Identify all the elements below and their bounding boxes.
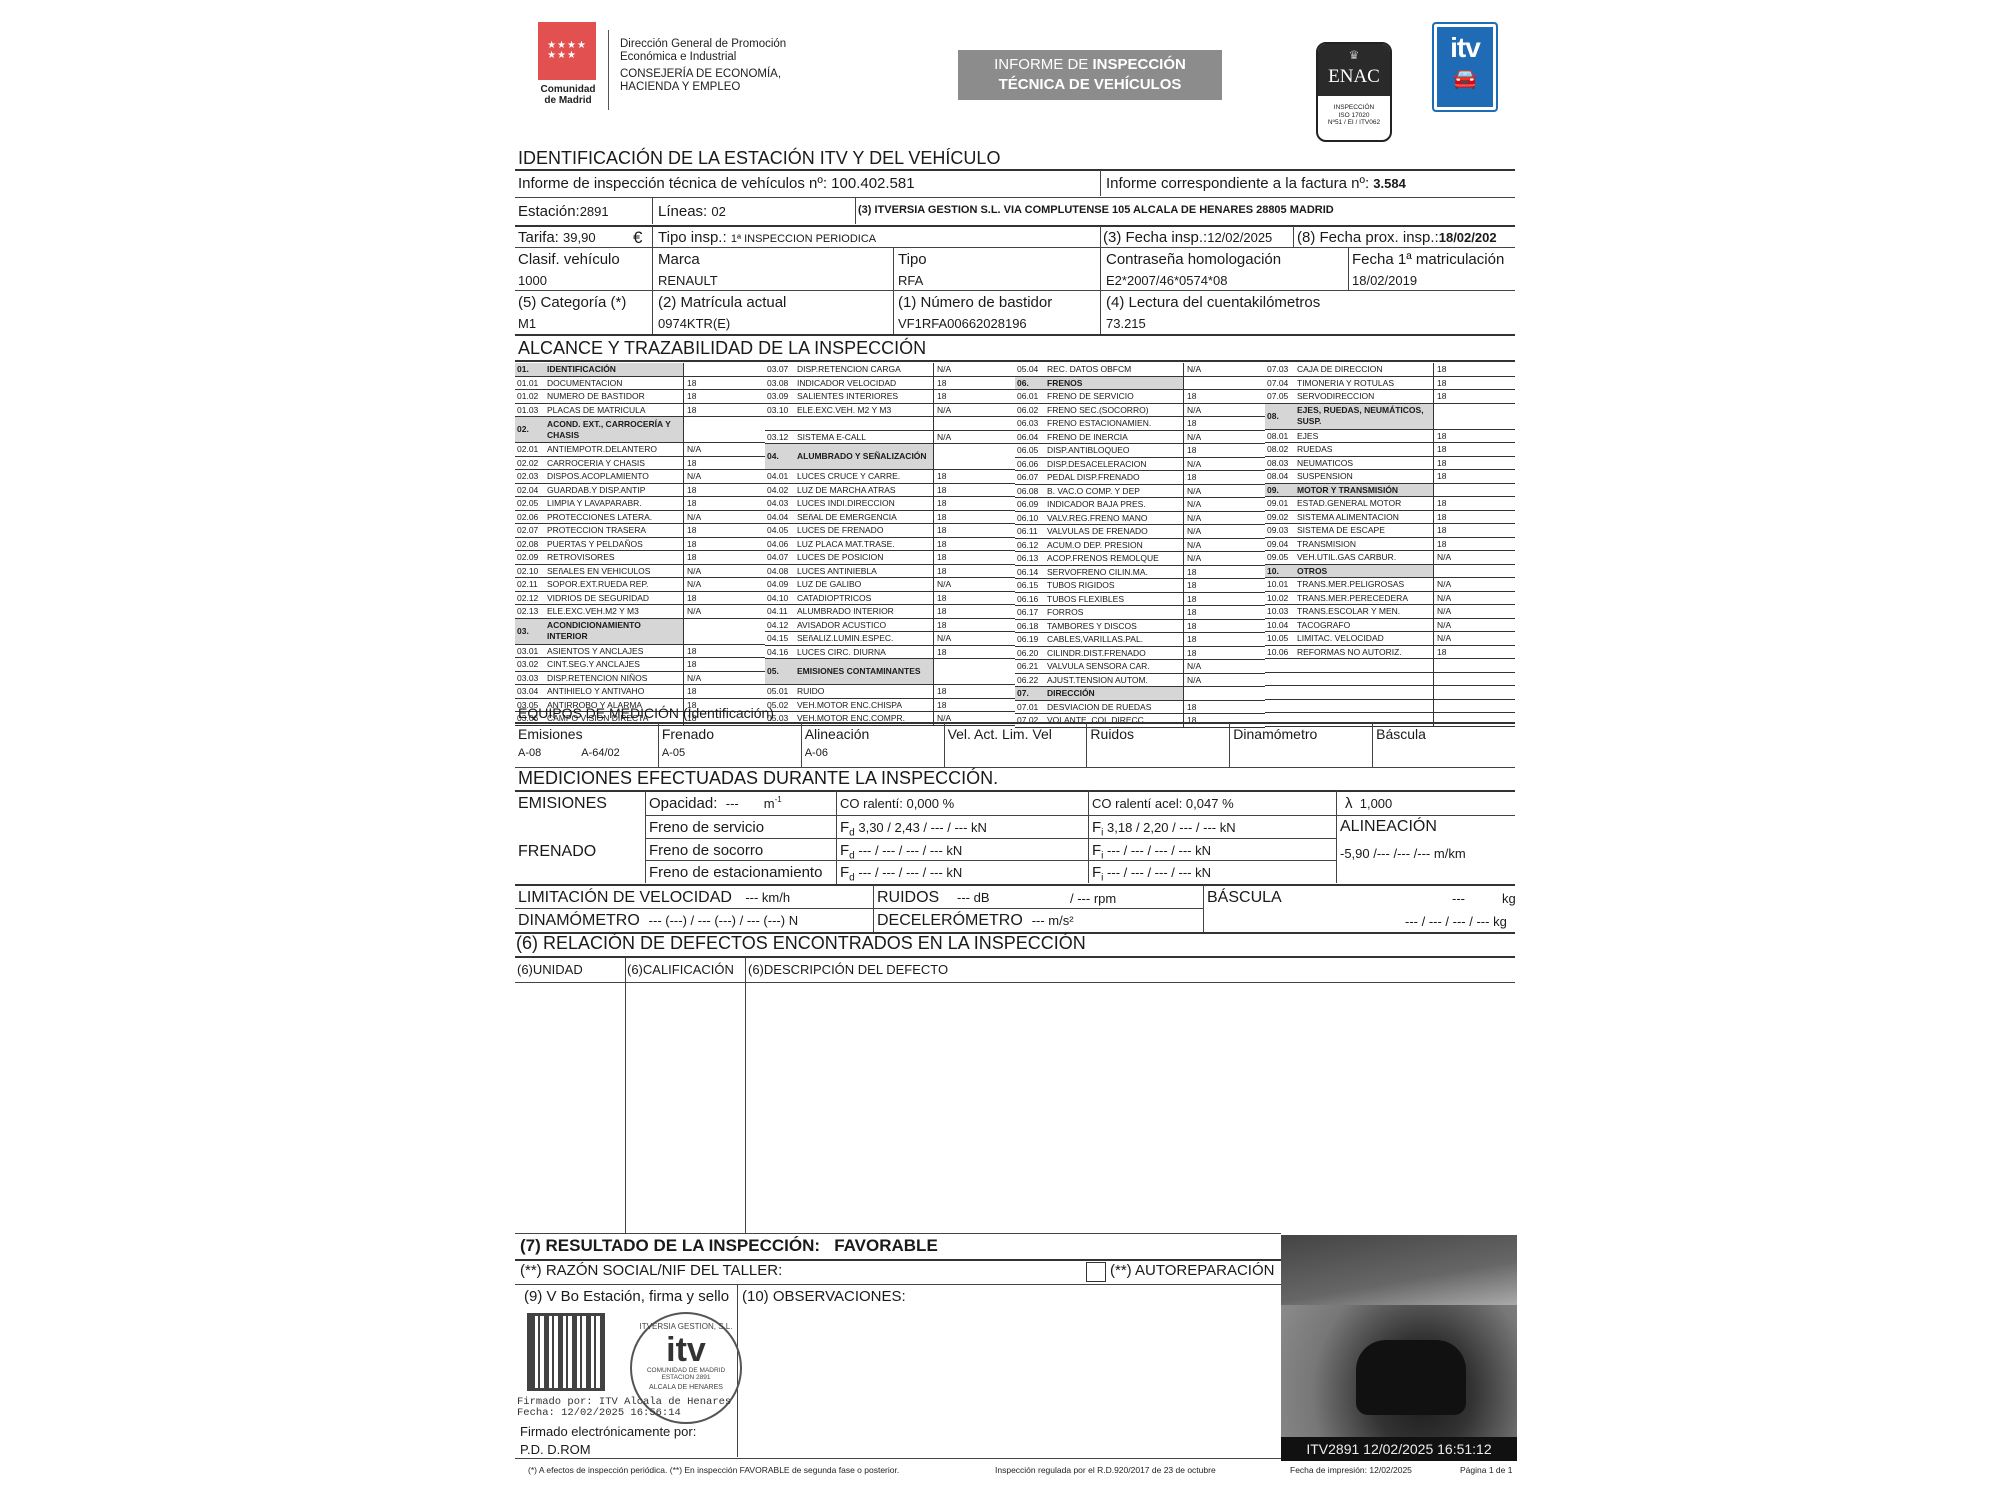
grid-code: 04.09 bbox=[765, 578, 797, 591]
grid-code: 09.02 bbox=[1265, 511, 1297, 524]
grid-value bbox=[1433, 686, 1507, 699]
grid-code: 10. bbox=[1265, 565, 1297, 578]
divider bbox=[1203, 885, 1204, 932]
grid-value: 18 bbox=[933, 538, 1007, 551]
grid-row: 05.04REC. DATOS OBFCMN/A bbox=[1015, 363, 1265, 377]
clasif-value: 1000 bbox=[518, 273, 547, 288]
divider bbox=[625, 957, 626, 1233]
section-identificacion-title: IDENTIFICACIÓN DE LA ESTACIÓN ITV Y DEL … bbox=[518, 148, 1000, 169]
grid-label: SEñAL DE EMERGENCIA bbox=[797, 511, 933, 524]
grid-label: TAMBORES Y DISCOS bbox=[1047, 620, 1183, 633]
grid-value: N/A bbox=[683, 470, 757, 483]
vbo-label: (9) V Bo Estación, firma y sello bbox=[524, 1288, 729, 1305]
grid-value: N/A bbox=[1183, 539, 1257, 552]
grid-code: 02.02 bbox=[515, 457, 547, 470]
factura-number: Informe correspondiente a la factura nº:… bbox=[1106, 175, 1406, 192]
label: Tarifa: bbox=[518, 229, 559, 246]
footer-note: (*) A efectos de inspección periódica. (… bbox=[528, 1465, 899, 1475]
grid-label: LIMPIA Y LAVAPARABR. bbox=[547, 497, 683, 510]
grid-code: 07.05 bbox=[1265, 390, 1297, 403]
lambda: λ 1,000 bbox=[1345, 795, 1392, 812]
grid-row bbox=[1265, 700, 1515, 714]
equipo-label: Ruidos bbox=[1090, 726, 1229, 742]
label: Opacidad: bbox=[649, 795, 717, 812]
grid-row: 06.18TAMBORES Y DISCOS18 bbox=[1015, 620, 1265, 634]
grid-row: 08.01EJES18 bbox=[1265, 430, 1515, 444]
grid-value: 18 bbox=[1433, 470, 1507, 483]
value: --- km/h bbox=[745, 890, 790, 905]
section-equipos-title: EQUIPOS DE MEDICIÓN (Identificación) bbox=[518, 705, 774, 721]
estacion: Estación:2891 bbox=[518, 203, 609, 220]
grid-value: 18 bbox=[1433, 511, 1507, 524]
qr-code-icon bbox=[527, 1313, 605, 1391]
org-line: CONSEJERÍA DE ECONOMÍA, bbox=[620, 68, 786, 81]
grid-row: 09.02SISTEMA ALIMENTACION18 bbox=[1265, 511, 1515, 525]
alineacion-label: ALINEACIÓN bbox=[1340, 818, 1437, 836]
grid-row: 06.20CILINDR.DIST.FRENADO18 bbox=[1015, 647, 1265, 661]
grid-row: 09.05VEH.UTIL.GAS CARBUR.N/A bbox=[1265, 551, 1515, 565]
grid-value: 18 bbox=[1433, 430, 1507, 443]
firmado-electronicamente-value: P.D. D.ROM bbox=[520, 1442, 591, 1457]
grid-label: NEUMATICOS bbox=[1297, 457, 1433, 470]
divider bbox=[1336, 791, 1337, 883]
grid-row: 06.17FORROS18 bbox=[1015, 606, 1265, 620]
grid-value: 18 bbox=[933, 390, 1007, 403]
grid-code bbox=[1265, 659, 1297, 672]
grid-label: AJUST.TENSION AUTOM. bbox=[1047, 674, 1183, 687]
euro-icon: € bbox=[633, 228, 642, 248]
grid-label: DIRECCIÓN bbox=[1047, 687, 1183, 700]
grid-label: LUZ DE GALIBO bbox=[797, 578, 933, 591]
divider bbox=[515, 197, 1515, 198]
grid-code: 06.03 bbox=[1015, 417, 1047, 430]
grid-row: 10.05LIMITAC. VELOCIDADN/A bbox=[1265, 632, 1515, 646]
grid-section-header: 04.ALUMBRADO Y SEÑALIZACIÓN bbox=[765, 444, 1015, 470]
grid-code: 07.04 bbox=[1265, 377, 1297, 390]
grid-row: 02.04GUARDAB.Y DISP.ANTIP18 bbox=[515, 484, 765, 498]
grid-value: N/A bbox=[1183, 363, 1257, 376]
grid-value: 18 bbox=[683, 377, 757, 390]
grid-row: 10.03TRANS.ESCOLAR Y MEN.N/A bbox=[1265, 605, 1515, 619]
resultado-value: FAVORABLE bbox=[834, 1236, 938, 1255]
value: 12/02/2025 bbox=[1207, 230, 1272, 245]
grid-label: SISTEMA E-CALL bbox=[797, 431, 933, 444]
fd-sub: d bbox=[849, 850, 855, 861]
grid-section-header: 07.DIRECCIÓN bbox=[1015, 687, 1265, 701]
seal-text: COMUNIDAD DE MADRID bbox=[632, 1367, 740, 1374]
divider bbox=[652, 198, 653, 224]
org-logo-name: Comunidad de Madrid bbox=[538, 84, 598, 106]
grid-label: TUBOS FLEXIBLES bbox=[1047, 593, 1183, 606]
value: --- m/s² bbox=[1032, 913, 1074, 928]
grid-label: SALIENTES INTERIORES bbox=[797, 390, 933, 403]
grid-value: N/A bbox=[1433, 578, 1507, 591]
grid-label: LUCES CRUCE Y CARRE. bbox=[797, 470, 933, 483]
grid-section-header: 08.EJES, RUEDAS, NEUMÁTICOS, SUSP. bbox=[1265, 404, 1515, 430]
car-image bbox=[1356, 1340, 1466, 1415]
divider bbox=[515, 334, 1515, 336]
equipo-value: A-06 bbox=[805, 747, 828, 759]
grid-label: DISP.RETENCION NIÑOS bbox=[547, 672, 683, 685]
grid-row: 04.08LUCES ANTINIEBLA18 bbox=[765, 565, 1015, 579]
grid-column: 07.03CAJA DE DIRECCION1807.04TIMONERIA Y… bbox=[1265, 363, 1515, 727]
grid-code: 03.04 bbox=[515, 685, 547, 698]
grid-code: 10.03 bbox=[1265, 605, 1297, 618]
grid-label: INDICADOR VELOCIDAD bbox=[797, 377, 933, 390]
firmado-electronicamente-label: Firmado electrónicamente por: bbox=[520, 1424, 696, 1439]
grid-value: N/A bbox=[933, 431, 1007, 444]
equipo-cell: Alineación A-06 bbox=[801, 723, 944, 767]
grid-code: 04.12 bbox=[765, 619, 797, 632]
grid-value: 18 bbox=[683, 404, 757, 417]
itv-logo: itv 🚘 bbox=[1432, 22, 1498, 112]
label: LIMITACIÓN DE VELOCIDAD bbox=[518, 889, 732, 906]
grid-value: 18 bbox=[933, 484, 1007, 497]
grid-code: 02.13 bbox=[515, 605, 547, 618]
grid-column: 05.04REC. DATOS OBFCMN/A06.FRENOS06.01FR… bbox=[1015, 363, 1265, 728]
grid-value: 18 bbox=[933, 551, 1007, 564]
divider bbox=[515, 1233, 1281, 1234]
grid-value: 18 bbox=[683, 645, 757, 658]
grid-code: 06.09 bbox=[1015, 498, 1047, 511]
grid-code: 06.17 bbox=[1015, 606, 1047, 619]
grid-value: 18 bbox=[933, 592, 1007, 605]
grid-code: 07.03 bbox=[1265, 363, 1297, 376]
divider bbox=[745, 957, 746, 1233]
grid-row: 04.11ALUMBRADO INTERIOR18 bbox=[765, 605, 1015, 619]
grid-value: N/A bbox=[1433, 551, 1507, 564]
grid-row: 06.09INDICADOR BAJA PRES.N/A bbox=[1015, 498, 1265, 512]
fi-icon: F bbox=[1092, 842, 1101, 859]
grid-label: GUARDAB.Y DISP.ANTIP bbox=[547, 484, 683, 497]
value: 3.584 bbox=[1373, 176, 1406, 191]
grid-code: 02.11 bbox=[515, 578, 547, 591]
grid-code: 04.16 bbox=[765, 646, 797, 659]
grid-label: PUERTAS Y PELDAÑOS bbox=[547, 538, 683, 551]
ruidos-rpm: / --- rpm bbox=[1070, 891, 1116, 906]
value: --- dB bbox=[957, 890, 990, 905]
grid-label: CAJA DE DIRECCION bbox=[1297, 363, 1433, 376]
lineas: Líneas: 02 bbox=[658, 203, 726, 220]
grid-value bbox=[933, 444, 1007, 469]
grid-section-header: 06.FRENOS bbox=[1015, 377, 1265, 391]
bascula-label: BÁSCULA bbox=[1207, 889, 1282, 907]
grid-code: 06.10 bbox=[1015, 512, 1047, 525]
grid-label: DISPOS.ACOPLAMIENTO bbox=[547, 470, 683, 483]
grid-label: SEñALIZ.LUMIN.ESPEC. bbox=[797, 632, 933, 645]
grid-code: 06.11 bbox=[1015, 525, 1047, 538]
grid-code: 03.08 bbox=[765, 377, 797, 390]
grid-value: 18 bbox=[683, 457, 757, 470]
grid-value bbox=[933, 659, 1007, 684]
grid-value: 18 bbox=[1183, 647, 1257, 660]
cuentakilometros-label: (4) Lectura del cuentakilómetros bbox=[1106, 294, 1320, 311]
autoreparacion-label: (**) AUTOREPARACIÓN bbox=[1110, 1262, 1274, 1279]
divider bbox=[515, 790, 1515, 792]
grid-value: 18 bbox=[1433, 363, 1507, 376]
grid-code: 01.03 bbox=[515, 404, 547, 417]
grid-value: 18 bbox=[683, 658, 757, 671]
grid-code: 08.02 bbox=[1265, 443, 1297, 456]
divider bbox=[515, 360, 1515, 362]
fd-value: 3,30 / 2,43 / --- / --- kN bbox=[858, 820, 987, 835]
grid-row: 06.13ACOP.FRENOS REMOLQUEN/A bbox=[1015, 552, 1265, 566]
equipo-label: Vel. Act. Lim. Vel bbox=[948, 726, 1087, 742]
grid-code: 04. bbox=[765, 444, 797, 469]
grid-row: 04.10CATADIOPTRICOS18 bbox=[765, 592, 1015, 606]
grid-label: CABLES,VARILLAS.PAL. bbox=[1047, 633, 1183, 646]
grid-value bbox=[933, 417, 1007, 430]
tipo-vehiculo-label: Tipo bbox=[898, 251, 927, 268]
grid-code: 06.14 bbox=[1015, 566, 1047, 579]
grid-label: VIDRIOS DE SEGURIDAD bbox=[547, 592, 683, 605]
grid-code: 04.11 bbox=[765, 605, 797, 618]
grid-label: DOCUMENTACION bbox=[547, 377, 683, 390]
grid-code: 08. bbox=[1265, 404, 1297, 429]
grid-label: FRENOS bbox=[1047, 377, 1183, 390]
resultado: (7) RESULTADO DE LA INSPECCIÓN: FAVORABL… bbox=[520, 1236, 938, 1256]
grid-value: N/A bbox=[1183, 485, 1257, 498]
grid-row: 01.02NUMERO DE BASTIDOR18 bbox=[515, 390, 765, 404]
grid-row: 05.01RUIDO18 bbox=[765, 685, 1015, 699]
label: (3) Fecha insp.: bbox=[1103, 229, 1207, 246]
empresa: (3) ITVERSIA GESTION S.L. VIA COMPLUTENS… bbox=[858, 204, 1334, 216]
grid-row: 10.01TRANS.MER.PELIGROSASN/A bbox=[1265, 578, 1515, 592]
grid-label: ANTIEMPOTR.DELANTERO bbox=[547, 443, 683, 456]
grid-value: 18 bbox=[933, 470, 1007, 483]
grid-code: 04.15 bbox=[765, 632, 797, 645]
grid-code bbox=[765, 417, 797, 430]
grid-value: 18 bbox=[1433, 497, 1507, 510]
fi-icon: F bbox=[1092, 864, 1101, 881]
crown-icon: ♛ bbox=[1318, 48, 1390, 63]
grid-value: 18 bbox=[683, 390, 757, 403]
grid-code: 04.04 bbox=[765, 511, 797, 524]
emisiones-label: EMISIONES bbox=[518, 795, 607, 813]
grid-row: 03.08INDICADOR VELOCIDAD18 bbox=[765, 377, 1015, 391]
tarifa: Tarifa: 39,90 bbox=[518, 229, 596, 246]
grid-value: 18 bbox=[933, 524, 1007, 537]
divider bbox=[515, 956, 1515, 958]
grid-value: 18 bbox=[933, 511, 1007, 524]
divider bbox=[515, 884, 1515, 886]
alineacion-value: -5,90 /--- /--- /--- m/km bbox=[1340, 846, 1466, 861]
grid-value: 18 bbox=[1433, 443, 1507, 456]
value: 02 bbox=[711, 204, 725, 219]
grid-code: 04.10 bbox=[765, 592, 797, 605]
grid-code: 05.04 bbox=[1015, 363, 1047, 376]
divider bbox=[515, 908, 1203, 909]
title-part: INSPECCIÓN bbox=[1092, 56, 1185, 73]
fi-icon: F bbox=[1092, 819, 1101, 836]
decelerometro: DECELERÓMETRO --- m/s² bbox=[877, 912, 1074, 930]
grid-value bbox=[1433, 484, 1507, 497]
divider bbox=[652, 291, 653, 334]
fi-sub: i bbox=[1101, 873, 1103, 884]
grid-code: 03.02 bbox=[515, 658, 547, 671]
grid-code: 04.02 bbox=[765, 484, 797, 497]
enac-line: INSPECCIÓN bbox=[1318, 104, 1390, 112]
grid-label: MOTOR Y TRANSMISIÓN bbox=[1297, 484, 1433, 497]
grid-label: TUBOS RIGIDOS bbox=[1047, 579, 1183, 592]
grid-code: 03.03 bbox=[515, 672, 547, 685]
grid-row: 06.04FRENO DE INERCIAN/A bbox=[1015, 431, 1265, 445]
dinamometro: DINAMÓMETRO --- (---) / --- (---) / --- … bbox=[518, 912, 798, 930]
fecha-inspeccion: (3) Fecha insp.:12/02/2025 bbox=[1103, 229, 1272, 246]
enac-name: ENAC bbox=[1328, 66, 1380, 87]
grid-row: 06.10VALV.REG.FRENO MANON/A bbox=[1015, 512, 1265, 526]
grid-label: DESVIACION DE RUEDAS bbox=[1047, 701, 1183, 714]
informe-number: Informe de inspección técnica de vehícul… bbox=[518, 175, 915, 192]
grid-label: ELE.EXC.VEH. M2 Y M3 bbox=[797, 404, 933, 417]
org-line: Económica e Industrial bbox=[620, 51, 786, 64]
enac-line: Nº51 / EI / ITV062 bbox=[1318, 119, 1390, 127]
grid-label: ACONDICIONAMIENTO INTERIOR bbox=[547, 619, 683, 644]
grid-value: 18 bbox=[1433, 538, 1507, 551]
grid-label: REC. DATOS OBFCM bbox=[1047, 363, 1183, 376]
grid-row: 06.05DISP.ANTIBLOQUEO18 bbox=[1015, 444, 1265, 458]
grid-row: 03.04ANTIHIELO Y ANTIVAHO18 bbox=[515, 685, 765, 699]
grid-value: N/A bbox=[683, 672, 757, 685]
label: RUIDOS bbox=[877, 889, 939, 906]
value: 1ª INSPECCION PERIODICA bbox=[731, 233, 876, 245]
stars-icon: ★★★★★★★ bbox=[538, 22, 596, 80]
grid-label: CINT.SEG.Y ANCLAJES bbox=[547, 658, 683, 671]
grid-label: SISTEMA DE ESCAPE bbox=[1297, 524, 1433, 537]
grid-row: 02.10SEñALES EN VEHICULOSN/A bbox=[515, 565, 765, 579]
grid-code: 03.07 bbox=[765, 363, 797, 376]
grid-code: 06.20 bbox=[1015, 647, 1047, 660]
label: DINAMÓMETRO bbox=[518, 912, 640, 929]
grid-code: 02.10 bbox=[515, 565, 547, 578]
fi-value: --- / --- / --- / --- kN bbox=[1107, 865, 1211, 880]
divider bbox=[515, 290, 1515, 291]
grid-label: PROTECCION TRASERA bbox=[547, 524, 683, 537]
grid-label: AVISADOR ACUSTICO bbox=[797, 619, 933, 632]
org-line: Dirección General de Promoción bbox=[620, 38, 786, 51]
grid-label: RETROVISORES bbox=[547, 551, 683, 564]
autoreparacion-checkbox[interactable] bbox=[1086, 1262, 1106, 1282]
equipo-cell: Frenado A-05 bbox=[658, 723, 801, 767]
seal-text: ITVERSIA GESTION, S.L. bbox=[632, 1322, 740, 1331]
grid-value: 18 bbox=[683, 685, 757, 698]
footer-page: Página 1 de 1 bbox=[1460, 1465, 1512, 1475]
grid-row: 04.16LUCES CIRC. DIURNA18 bbox=[765, 646, 1015, 660]
divider bbox=[515, 1284, 1281, 1285]
grid-label: TRANS.MER.PELIGROSAS bbox=[1297, 578, 1433, 591]
grid-row: 02.12VIDRIOS DE SEGURIDAD18 bbox=[515, 592, 765, 606]
grid-label: LUCES DE POSICION bbox=[797, 551, 933, 564]
grid-row: 04.09LUZ DE GALIBON/A bbox=[765, 578, 1015, 592]
grid-code: 06.04 bbox=[1015, 431, 1047, 444]
grid-code: 02.12 bbox=[515, 592, 547, 605]
grid-label: TIMONERIA Y ROTULAS bbox=[1297, 377, 1433, 390]
grid-value: N/A bbox=[683, 605, 757, 618]
grid-code: 06.15 bbox=[1015, 579, 1047, 592]
equipo-cell: Ruidos bbox=[1086, 723, 1229, 767]
grid-row: 03.07DISP.RETENCION CARGAN/A bbox=[765, 363, 1015, 377]
grid-row bbox=[765, 417, 1015, 431]
equipos-table: Emisiones A-08A-64/02Frenado A-05Alineac… bbox=[515, 723, 1515, 767]
grid-row: 09.04TRANSMISION18 bbox=[1265, 538, 1515, 552]
grid-value: N/A bbox=[1183, 552, 1257, 565]
bastidor-label: (1) Número de bastidor bbox=[898, 294, 1052, 311]
grid-code: 06.06 bbox=[1015, 458, 1047, 471]
grid-code: 03.12 bbox=[765, 431, 797, 444]
grid-label: LUCES DE FRENADO bbox=[797, 524, 933, 537]
grid-row: 06.03FRENO ESTACIONAMIEN.18 bbox=[1015, 417, 1265, 431]
divider bbox=[1100, 226, 1101, 247]
grid-row: 03.02CINT.SEG.Y ANCLAJES18 bbox=[515, 658, 765, 672]
grid-code: 06.05 bbox=[1015, 444, 1047, 457]
grid-label: VEH.MOTOR ENC.CHISPA bbox=[797, 699, 933, 712]
grid-code: 07. bbox=[1015, 687, 1047, 700]
grid-value bbox=[683, 417, 757, 442]
grid-label: VALV.REG.FRENO MANO bbox=[1047, 512, 1183, 525]
grid-code: 06.22 bbox=[1015, 674, 1047, 687]
grid-value: N/A bbox=[1183, 498, 1257, 511]
limitacion-velocidad: LIMITACIÓN DE VELOCIDAD --- km/h bbox=[518, 889, 790, 907]
org-line: HACIENDA Y EMPLEO bbox=[620, 81, 786, 94]
grid-label: OTROS bbox=[1297, 565, 1433, 578]
fd-sub: d bbox=[849, 828, 855, 839]
divider bbox=[1100, 248, 1101, 334]
grid-code: 06.19 bbox=[1015, 633, 1047, 646]
fi-value: --- / --- / --- / --- kN bbox=[1107, 843, 1211, 858]
grid-code: 01.01 bbox=[515, 377, 547, 390]
grid-label: RUIDO bbox=[797, 685, 933, 698]
grid-value: 18 bbox=[1433, 646, 1507, 659]
grid-value: N/A bbox=[1183, 512, 1257, 525]
grid-value: N/A bbox=[1183, 431, 1257, 444]
org-text: Dirección General de Promoción Económica… bbox=[620, 38, 786, 94]
divider bbox=[855, 198, 856, 224]
tipo-inspeccion: Tipo insp.: 1ª INSPECCION PERIODICA bbox=[658, 229, 876, 246]
grid-code: 06.18 bbox=[1015, 620, 1047, 633]
equipo-label: Frenado bbox=[662, 726, 801, 742]
grid-section-header: 02.ACOND. EXT., CARROCERÍA Y CHASIS bbox=[515, 417, 765, 443]
unit: m bbox=[764, 796, 775, 811]
grid-row: 04.12AVISADOR ACUSTICO18 bbox=[765, 619, 1015, 633]
grid-value: 18 bbox=[1183, 633, 1257, 646]
grid-code: 08.04 bbox=[1265, 470, 1297, 483]
grid-value: N/A bbox=[1183, 525, 1257, 538]
grid-code: 01.02 bbox=[515, 390, 547, 403]
title-part: TÉCNICA DE VEHÍCULOS bbox=[958, 75, 1222, 95]
title-part: INFORME DE bbox=[994, 56, 1092, 73]
document-title: INFORME DE INSPECCIÓN TÉCNICA DE VEHÍCUL… bbox=[958, 50, 1222, 100]
grid-row: 06.02FRENO SEC.(SOCORRO)N/A bbox=[1015, 404, 1265, 418]
fecha-matriculacion-label: Fecha 1ª matriculación bbox=[1352, 251, 1504, 268]
grid-code: 03.10 bbox=[765, 404, 797, 417]
divider bbox=[515, 169, 1515, 171]
label: Líneas: bbox=[658, 203, 707, 220]
grid-row: 10.04TACOGRAFON/A bbox=[1265, 619, 1515, 633]
vehicle-photo: ITV2891 12/02/2025 16:51:12 bbox=[1281, 1235, 1517, 1461]
grid-label: REFORMAS NO AUTORIZ. bbox=[1297, 646, 1433, 659]
grid-row: 10.02TRANS.MER.PERECEDERAN/A bbox=[1265, 592, 1515, 606]
grid-row: 04.01LUCES CRUCE Y CARRE.18 bbox=[765, 470, 1015, 484]
grid-value bbox=[1183, 687, 1257, 700]
grid-value: N/A bbox=[683, 578, 757, 591]
grid-row: 08.03NEUMATICOS18 bbox=[1265, 457, 1515, 471]
grid-label: ALUMBRADO Y SEÑALIZACIÓN bbox=[797, 444, 933, 469]
grid-value: 18 bbox=[1183, 444, 1257, 457]
grid-row: 06.07PEDAL DISP.FRENADO18 bbox=[1015, 471, 1265, 485]
grid-section-header: 03.ACONDICIONAMIENTO INTERIOR bbox=[515, 619, 765, 645]
grid-label: ACOND. EXT., CARROCERÍA Y CHASIS bbox=[547, 417, 683, 442]
grid-value: 18 bbox=[1183, 606, 1257, 619]
